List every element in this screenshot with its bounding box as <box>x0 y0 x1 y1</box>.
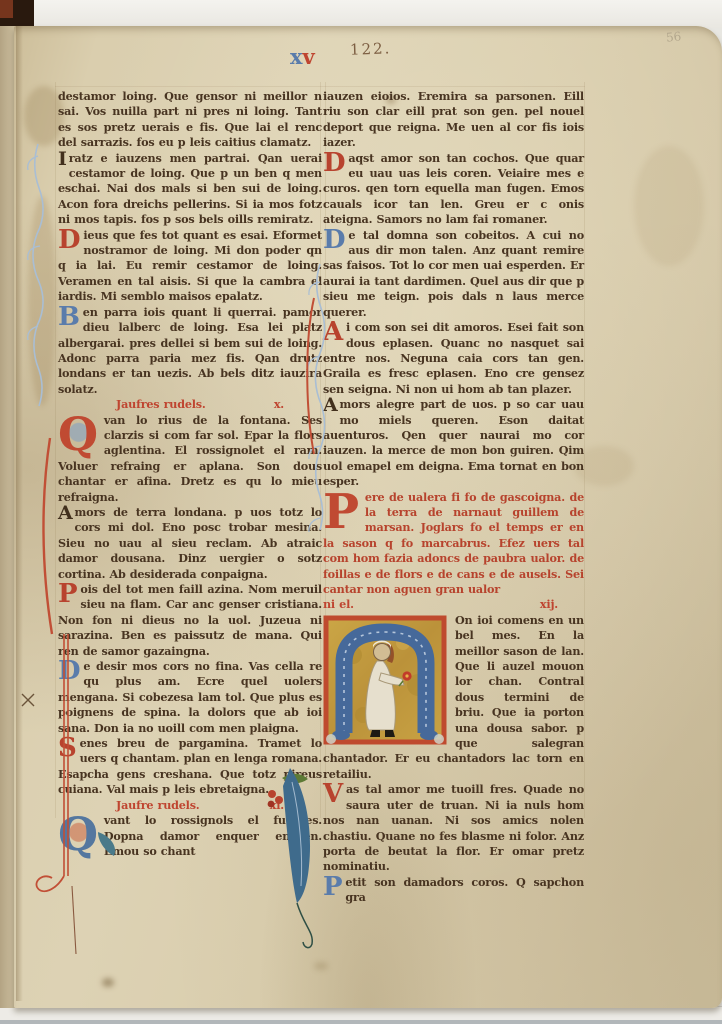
text-column-left: destamor loing. Que gensor ni meillor n … <box>58 89 322 859</box>
illuminated-initial: D <box>323 228 348 252</box>
text-paragraph: Pois del tot men faill azina. Nom meruil… <box>58 582 322 659</box>
paragraph-text: enes breu de pargamina. Tramet lo uers q… <box>58 736 322 796</box>
paragraph-text: aqst amor son tan cochos. Que quar eu ua… <box>323 151 584 227</box>
paragraph-text: e tal domna son cobeitos. A cui no aus d… <box>323 228 584 319</box>
scan-background-top <box>0 0 722 28</box>
gutter-crease <box>16 26 23 1001</box>
scan-background-bottom <box>0 1006 722 1021</box>
flower-center <box>405 674 408 677</box>
scan-edge-bottom <box>0 1020 722 1024</box>
parchment-stain <box>314 962 328 970</box>
book-spine-leather <box>0 0 13 18</box>
rubric-end-line: ni el.xij. <box>323 597 584 612</box>
paragraph-text: i com son sei dit amoros. Esei fait son … <box>323 320 584 396</box>
paragraph-text: iauzen eioios. Eremira sa parsonen. Eill… <box>323 89 584 149</box>
ruling-line <box>584 82 585 818</box>
red-flourish-curl <box>36 876 64 891</box>
text-paragraph: De tal domna son cobeitos. A cui no aus … <box>323 228 584 320</box>
section-number: xij. <box>540 597 558 612</box>
parchment-stain <box>634 146 704 266</box>
quire-signature: xv <box>290 46 315 67</box>
historiated-initial-miniature <box>323 615 447 745</box>
paragraph-text: mors alegre part de uos. p so car uau mo… <box>323 397 584 488</box>
rubric-label: Jaufre rudels. <box>116 798 200 813</box>
ornament-tail <box>297 903 312 948</box>
text-paragraph: iauzen eioios. Eremira sa parsonen. Eill… <box>323 89 584 151</box>
text-paragraph: destamor loing. Que gensor ni meillor n … <box>58 89 322 151</box>
text-paragraph: Amors de terra londana. p uos totz lo co… <box>58 505 322 582</box>
section-number: x. <box>274 397 284 412</box>
illuminated-initial: S <box>58 736 80 760</box>
text-paragraph: Qvant lo rossignols el fuoilles. Dopna d… <box>58 813 322 859</box>
paragraph-text: as tal amor me tuoill fres. Quade no sau… <box>323 782 584 873</box>
paragraph-text: destamor loing. Que gensor ni meillor n … <box>58 89 322 149</box>
rubric-label: Jaufres rudels. <box>116 397 206 412</box>
illuminated-initial: D <box>323 151 348 175</box>
initial-q-tail-red <box>43 438 52 634</box>
text-paragraph: Qvan lo rius de la fontana. Ses clarzis … <box>58 413 322 505</box>
illuminated-initial: D <box>58 659 83 683</box>
text-paragraph: Pere de ualera fi fo de gascoigna. de la… <box>323 490 584 598</box>
figure-head <box>374 643 391 660</box>
text-paragraph: Dieus que fes tot quant es esai. Eformet… <box>58 228 322 305</box>
corner-pencil-mark: 56 <box>665 29 682 45</box>
illuminated-initial: P <box>323 875 345 899</box>
quire-numeral-x: x <box>290 44 303 69</box>
paragraph-text: vant lo rossignols el fuoilles. Dopna da… <box>104 813 322 858</box>
illuminated-initial: Q <box>58 413 104 455</box>
text-paragraph: Iratz e iauzens men partrai. Qan uerai c… <box>58 151 322 228</box>
paragraph-text: e desir mos cors no fina. Vas cella re q… <box>58 659 322 735</box>
illuminated-initial: I <box>58 151 69 167</box>
text-paragraph: Amors alegre part de uos. p so car uau m… <box>323 397 584 489</box>
text-paragraph: Ai com son sei dit amoros. Esei fait son… <box>323 320 584 397</box>
paragraph-text: mors de terra londana. p uos totz lo cor… <box>58 505 322 581</box>
ruling-line <box>55 82 56 818</box>
paragraph-text: ois del tot men faill azina. Nom meruil … <box>58 582 322 658</box>
red-flourish-descender <box>72 886 76 954</box>
text-paragraph: De desir mos cors no fina. Vas cella re … <box>58 659 322 736</box>
parchment-stain <box>102 978 114 987</box>
ruling-line <box>55 86 585 87</box>
illuminated-initial: A <box>323 320 346 344</box>
illuminated-initial: A <box>58 505 75 521</box>
text-paragraph: Ben parra iois quant li querrai. pamor d… <box>58 305 322 397</box>
parchment-stain <box>28 196 56 406</box>
miniature-art <box>323 615 447 745</box>
illuminated-initial: P <box>323 490 365 534</box>
paragraph-text: etit son damadors coros. Q sapchon gra <box>345 875 584 904</box>
paragraph-text: ratz e iauzens men partrai. Qan uerai ce… <box>58 151 322 227</box>
text-paragraph: Senes breu de pargamina. Tramet lo uers … <box>58 736 322 798</box>
illuminated-initial: A <box>323 397 340 413</box>
text-paragraph: Daqst amor son tan cochos. Que quar eu u… <box>323 151 584 228</box>
corner-pearl <box>434 734 444 744</box>
text-column-right: iauzen eioios. Eremira sa parsonen. Eill… <box>323 89 584 906</box>
illuminated-initial: D <box>58 228 83 252</box>
illuminated-initial: P <box>58 582 80 606</box>
paragraph-text: ieus que fes tot quant es esai. Eformet … <box>58 228 322 304</box>
illuminated-initial: V <box>323 782 346 806</box>
marginal-x-mark <box>22 694 34 706</box>
paragraph-text: en parra iois quant li querrai. pamor di… <box>58 305 322 396</box>
folio-number: 122. <box>350 39 392 58</box>
manuscript-page: xv 122. 56 destamor loing. Que gensor ni… <box>14 26 722 1008</box>
quire-numeral-v: v <box>303 44 315 69</box>
text-paragraph: On ioi comens en un bel mes. En la meill… <box>323 613 584 782</box>
text-paragraph: Petit son damadors coros. Q sapchon gra <box>323 875 584 906</box>
text-paragraph: Vas tal amor me tuoill fres. Quade no sa… <box>323 782 584 874</box>
corner-pearl <box>326 734 336 744</box>
section-number: xi. <box>270 798 284 813</box>
illuminated-initial: B <box>58 305 83 329</box>
rubric-label: ni el. <box>323 597 354 612</box>
illuminated-initial: Q <box>58 813 104 855</box>
